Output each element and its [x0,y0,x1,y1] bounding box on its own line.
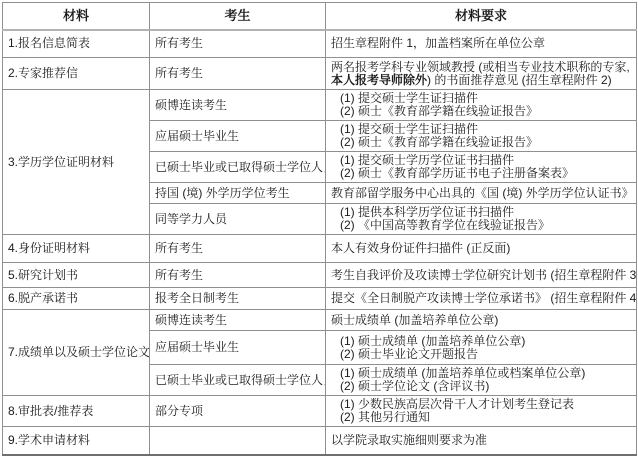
requirement-line: (2) 其他另行通知 [331,411,632,424]
candidate-cell: 所有考生 [150,263,326,288]
table-row: 5.研究计划书 所有考生 考生自我评价及攻读博士学位研究计划书 (招生章程附件 … [3,263,637,288]
material-cell: 7.成绩单以及硕士学位论文 [3,310,150,396]
requirement-line: (2) 硕士《教育部学籍在线验证报告》 [331,105,632,118]
table-header-row: 材料 考生 材料要求 [3,3,637,30]
header-candidate: 考生 [150,3,326,30]
candidate-cell: 持国 (境) 外学历学位考生 [150,183,326,204]
requirement-cell: (1) 提交硕士学历学位证书扫描件 (2) 硕士《教育部学历证书电子注册备案表》 [326,152,637,183]
table-row: 9.学术申请材料 以学院录取实施细则要求为准 [3,427,637,455]
candidate-cell: 部分专项 [150,396,326,427]
candidate-cell: 所有考生 [150,58,326,90]
materials-table: 材料 考生 材料要求 1.报名信息简表 所有考生 招生章程附件 1，加盖档案所在… [2,2,637,456]
requirement-line: (1) 硕士成绩单 (加盖培养单位公章) [331,335,632,348]
requirement-cell: 本人有效身份证件扫描件 (正反面) [326,235,637,263]
requirement-cell: (1) 提交硕士学生证扫描件 (2) 硕士《教育部学籍在线验证报告》 [326,121,637,152]
requirement-cell: (1) 提交硕士学生证扫描件 (2) 硕士《教育部学籍在线验证报告》 [326,90,637,121]
table-row: 6.脱产承诺书 报考全日制考生 提交《全日制脱产攻读博士学位承诺书》 (招生章程… [3,288,637,310]
table-row: 1.报名信息简表 所有考生 招生章程附件 1，加盖档案所在单位公章 [3,30,637,58]
material-cell: 1.报名信息简表 [3,30,150,58]
candidate-cell: 已硕士毕业或已取得硕士学位人员 [150,152,326,183]
requirement-text: ) 的书面推荐意见 (招生章程附件 2) [427,73,612,87]
requirement-line: 硕士成绩单 (加盖培养单位公章) [331,314,632,327]
requirement-line: 教育部留学服务中心出具的《国 (境) 外学历学位认证书》 [331,187,632,200]
requirement-cell: (1) 少数民族高层次骨干人才计划考生登记表 (2) 其他另行通知 [326,396,637,427]
material-cell: 3.学历学位证明材料 [3,90,150,235]
requirement-text: 两名报考学科专业领域教授 (或相当专业技术职称的专家, [331,60,630,74]
material-cell: 8.审批表/推荐表 [3,396,150,427]
header-material: 材料 [3,3,150,30]
table-row: 8.审批表/推荐表 部分专项 (1) 少数民族高层次骨干人才计划考生登记表 (2… [3,396,637,427]
requirement-line: 提交《全日制脱产攻读博士学位承诺书》 (招生章程附件 4) [331,292,632,305]
requirement-cell: (1) 硕士成绩单 (加盖培养单位或档案单位公章) (2) 硕士学位论文 (含评… [326,365,637,396]
material-cell: 2.专家推荐信 [3,58,150,90]
candidate-cell: 所有考生 [150,235,326,263]
material-cell: 9.学术申请材料 [3,427,150,455]
requirement-text-bold: 本人报考导师除外 [331,73,427,87]
candidate-cell: 应届硕士毕业生 [150,331,326,365]
candidate-cell: 硕博连读考生 [150,90,326,121]
header-requirement: 材料要求 [326,3,637,30]
requirement-line: 以学院录取实施细则要求为准 [331,434,632,447]
table-row: 3.学历学位证明材料 硕博连读考生 (1) 提交硕士学生证扫描件 (2) 硕士《… [3,90,637,121]
requirement-line: 招生章程附件 1，加盖档案所在单位公章 [331,37,632,50]
requirement-line: (2) 《中国高等教育学位在线验证报告》 [331,219,632,232]
requirement-line: 本人有效身份证件扫描件 (正反面) [331,242,632,255]
requirement-line: (2) 硕士《教育部学籍在线验证报告》 [331,136,632,149]
candidate-cell: 同等学力人员 [150,204,326,235]
candidate-cell: 已硕士毕业或已取得硕士学位人员 [150,365,326,396]
requirement-line: 考生自我评价及攻读博士学位研究计划书 (招生章程附件 3) [331,269,632,282]
requirement-cell: 招生章程附件 1，加盖档案所在单位公章 [326,30,637,58]
candidate-cell: 硕博连读考生 [150,310,326,331]
requirement-cell: 提交《全日制脱产攻读博士学位承诺书》 (招生章程附件 4) [326,288,637,310]
material-cell: 5.研究计划书 [3,263,150,288]
candidate-cell: 应届硕士毕业生 [150,121,326,152]
requirement-cell: 考生自我评价及攻读博士学位研究计划书 (招生章程附件 3) [326,263,637,288]
requirement-line: (2) 硕士《教育部学历证书电子注册备案表》 [331,167,632,180]
requirement-cell: 两名报考学科专业领域教授 (或相当专业技术职称的专家, 本人报考导师除外) 的书… [326,58,637,90]
material-cell: 4.身份证明材料 [3,235,150,263]
requirement-line: (2) 硕士学位论文 (含评议书) [331,380,632,393]
candidate-cell [150,427,326,455]
requirement-cell: (1) 硕士成绩单 (加盖培养单位公章) (2) 硕士毕业论文开题报告 [326,331,637,365]
requirement-line: (2) 硕士毕业论文开题报告 [331,348,632,361]
candidate-cell: 所有考生 [150,30,326,58]
requirement-cell: 以学院录取实施细则要求为准 [326,427,637,455]
requirement-cell: 硕士成绩单 (加盖培养单位公章) [326,310,637,331]
table-row: 2.专家推荐信 所有考生 两名报考学科专业领域教授 (或相当专业技术职称的专家,… [3,58,637,90]
candidate-cell: 报考全日制考生 [150,288,326,310]
document-page: 材料 考生 材料要求 1.报名信息简表 所有考生 招生章程附件 1，加盖档案所在… [0,0,638,444]
material-cell: 6.脱产承诺书 [3,288,150,310]
table-row: 7.成绩单以及硕士学位论文 硕博连读考生 硕士成绩单 (加盖培养单位公章) [3,310,637,331]
table-row: 4.身份证明材料 所有考生 本人有效身份证件扫描件 (正反面) [3,235,637,263]
requirement-cell: 教育部留学服务中心出具的《国 (境) 外学历学位认证书》 [326,183,637,204]
requirement-cell: (1) 提供本科学历学位证书扫描件 (2) 《中国高等教育学位在线验证报告》 [326,204,637,235]
